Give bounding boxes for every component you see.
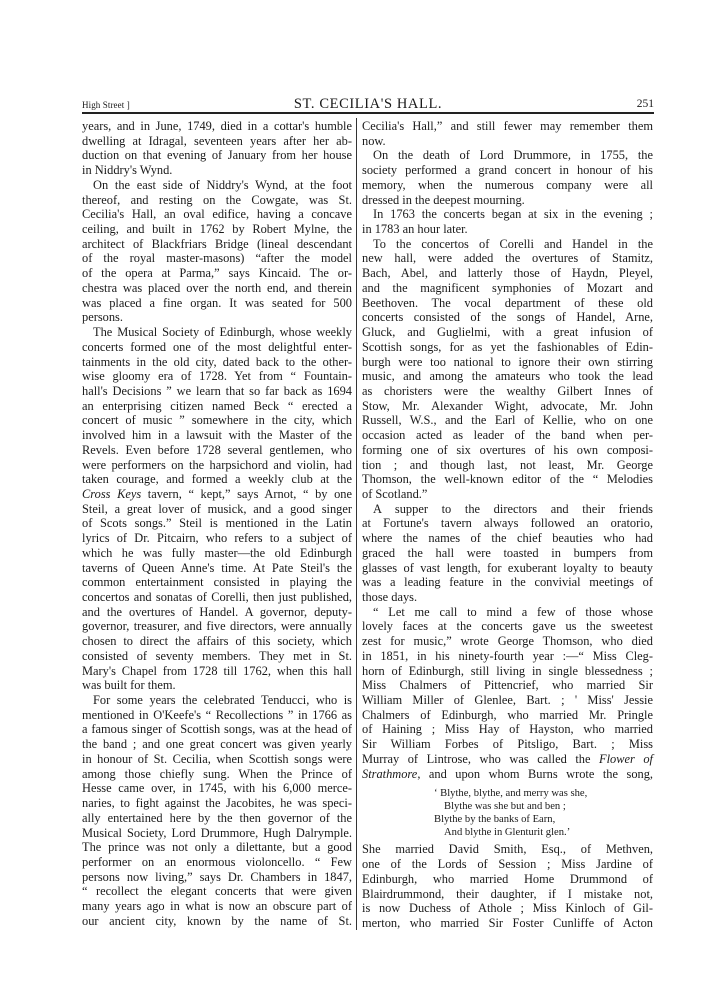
- text-line: persons now living,” says Dr. Chambers i…: [82, 870, 352, 885]
- text-line: a famous singer of Scottish songs, was a…: [82, 722, 352, 737]
- text-line: music, and among the amateurs who took t…: [362, 369, 653, 384]
- text-line: at Fortune's tavern always followed an o…: [362, 516, 653, 531]
- text-line: society performed a grand concert in hon…: [362, 163, 653, 178]
- text-line: duction on that evening of January from …: [82, 148, 352, 163]
- text-line: tion ; and though last, not least, Mr. G…: [362, 458, 653, 473]
- left-column: years, and in June, 1749, died in a cott…: [82, 119, 352, 929]
- text-line: Stow, Mr. Alexander Wight, advocate, Mr.…: [362, 399, 653, 414]
- text-line: concert of music ” somewhere in the city…: [82, 413, 352, 428]
- text-line: Edinburgh, who married Home Drummond of: [362, 872, 653, 887]
- text-line: performer on an enormous violoncello. “ …: [82, 855, 352, 870]
- text-line: of Haining ; Miss Hay of Hayston, who ma…: [362, 722, 653, 737]
- verse-line: Blythe by the banks of Earn,: [362, 813, 653, 826]
- text-line: was placed a fine organ. It was seated f…: [82, 296, 352, 311]
- text-line: thereof, and resting on the Cowgate, was…: [82, 193, 352, 208]
- text-line: Musical Society, Lord Drummore, Hugh Dal…: [82, 826, 352, 841]
- right-column-text: Cecilia's Hall,” and still fewer may rem…: [362, 119, 653, 781]
- text-line: chosen to direct the affairs of this soc…: [82, 634, 352, 649]
- text-line: consisted of seventy members. They met i…: [82, 649, 352, 664]
- text-line: architect of Blackfriars Bridge (lineal …: [82, 237, 352, 252]
- text-line: Cecilia's Hall, an oval edifice, having …: [82, 207, 352, 222]
- text-line: The Musical Society of Edinburgh, whose …: [82, 325, 352, 340]
- text-line: William Miller of Glenlee, Bart. ; ' Mis…: [362, 693, 653, 708]
- text-line: Strathmore, and upon whom Burns wrote th…: [362, 767, 653, 782]
- text-line: tainments in the old city, dated back to…: [82, 355, 352, 370]
- text-line: Bach, Abel, and latterly those of Haydn,…: [362, 266, 653, 281]
- text-line: horn of Edinburgh, still living in singl…: [362, 664, 653, 679]
- text-line: Cecilia's Hall,” and still fewer may rem…: [362, 119, 653, 134]
- text-line: Gluck, and Guglielmi, with a great infus…: [362, 325, 653, 340]
- text-line: For some years the celebrated Tenducci, …: [82, 693, 352, 708]
- text-line: “ Let me call to mind a few of those who…: [362, 605, 653, 620]
- text-line: among those chiefly sung. When the Princ…: [82, 767, 352, 782]
- text-line: To the concertos of Corelli and Handel i…: [362, 237, 653, 252]
- text-line: taken courage, and formed a weekly club …: [82, 472, 352, 487]
- text-line: Russell, W.S., and the Earl of Kellie, w…: [362, 413, 653, 428]
- text-line: She married David Smith, Esq., of Methve…: [362, 842, 653, 857]
- text-line: Miss Chalmers of Pittencrief, who marrie…: [362, 678, 653, 693]
- text-line: many years ago in what is now an obscure…: [82, 899, 352, 914]
- running-header: High Street ] ST. CECILIA'S HALL. 251: [82, 96, 654, 112]
- text-line: those days.: [362, 590, 653, 605]
- right-column-text-continued: She married David Smith, Esq., of Methve…: [362, 842, 653, 930]
- verse-line: And blythe in Glenturit glen.’: [362, 826, 653, 839]
- text-line: of Scotland.”: [362, 487, 653, 502]
- text-line: Revels. Even before 1728 several gentlem…: [82, 443, 352, 458]
- text-line: now.: [362, 134, 653, 149]
- text-line: Scottish songs, for as yet the fashionab…: [362, 340, 653, 355]
- text-line: in 1851, in his ninety-fourth year :—“ M…: [362, 649, 653, 664]
- text-line: Sir William Forbes of Pitsligo, Bart. ; …: [362, 737, 653, 752]
- verse-quotation: ‘ Blythe, blythe, and merry was she,Blyt…: [362, 787, 653, 839]
- text-line: wise gloomy era of 1728. Yet from “ Foun…: [82, 369, 352, 384]
- text-line: persons.: [82, 310, 352, 325]
- text-line: of the opera at Parma,” says Kincaid. Th…: [82, 266, 352, 281]
- text-line: in Niddry's Wynd.: [82, 163, 352, 178]
- text-line: is now Duchess of Athole ; Miss Kinloch …: [362, 901, 653, 916]
- text-line: Mary's Chapel from 1728 till 1762, when …: [82, 664, 352, 679]
- text-line: in honour of St. Cecilia, when Scottish …: [82, 752, 352, 767]
- text-line: our ancient city, known by the name of S…: [82, 914, 352, 929]
- text-line: was a leading feature in the convivial m…: [362, 575, 653, 590]
- text-line: and the magnificent symphonies of Mozart…: [362, 281, 653, 296]
- text-line: naries, to fight against the Jacobites, …: [82, 796, 352, 811]
- text-line: which he was fully master—the old Edinbu…: [82, 546, 352, 561]
- text-line: In 1763 the concerts began at six in the…: [362, 207, 653, 222]
- verse-line: Blythe was she but and ben ;: [362, 800, 653, 813]
- text-line: and the overtures of Handel. A governor,…: [82, 605, 352, 620]
- text-line: Blairdrummond, their daughter, if I mist…: [362, 887, 653, 902]
- text-line: lovely faces at the concerts gave us the…: [362, 619, 653, 634]
- text-line: taverns of Queen Anne's time. At Pate St…: [82, 561, 352, 576]
- text-line: involved him in a lawsuit with the Maste…: [82, 428, 352, 443]
- text-line: Beethoven. The vocal department of these…: [362, 296, 653, 311]
- text-line: memory, when the numerous company were a…: [362, 178, 653, 193]
- text-line: forming one of six overtures of his own …: [362, 443, 653, 458]
- text-line: dressed in the deepest mourning.: [362, 193, 653, 208]
- text-line: where the names of the chief beauties wh…: [362, 531, 653, 546]
- text-line: were performers on the harpsichord and v…: [82, 458, 352, 473]
- text-line: of Scots songs.” Steil is mentioned in t…: [82, 516, 352, 531]
- text-line: was built for them.: [82, 678, 352, 693]
- header-rule: [82, 112, 654, 114]
- text-line: one of the Lords of Session ; Miss Jardi…: [362, 857, 653, 872]
- page-title: ST. CECILIA'S HALL.: [82, 96, 654, 113]
- text-line: the band ; and one great concert was giv…: [82, 737, 352, 752]
- text-line: concerts formed one of the most delightf…: [82, 340, 352, 355]
- page-number: 251: [637, 98, 654, 110]
- text-line: common entertainment consisted in playin…: [82, 575, 352, 590]
- text-line: ally entertained here by the then govern…: [82, 811, 352, 826]
- text-line: zest for music,” wrote George Thomson, w…: [362, 634, 653, 649]
- text-line: years, and in June, 1749, died in a cott…: [82, 119, 352, 134]
- text-line: in 1783 an hour later.: [362, 222, 653, 237]
- text-line: concerts consisted of the songs of Hande…: [362, 310, 653, 325]
- text-line: glasses of vast length, for exuberant lo…: [362, 561, 653, 576]
- text-line: of the royal master-masons) “after the m…: [82, 251, 352, 266]
- verse-line: ‘ Blythe, blythe, and merry was she,: [362, 787, 653, 800]
- text-line: The prince was not only a dilettante, bu…: [82, 840, 352, 855]
- text-line: chestra was placed over the north end, a…: [82, 281, 352, 296]
- text-line: “ recollect the elegant concerts that we…: [82, 884, 352, 899]
- text-line: Steil, a great lover of musick, and a go…: [82, 502, 352, 517]
- text-line: dwelling at Idragal, seventeen years aft…: [82, 134, 352, 149]
- text-line: Hesse came over, in 1745, with his 6,000…: [82, 781, 352, 796]
- text-line: lyrics of Dr. Pitcairn, who refers to a …: [82, 531, 352, 546]
- text-line: new hall, were added the overtures of St…: [362, 251, 653, 266]
- text-line: an enterprising citizen named Beck “ ere…: [82, 399, 352, 414]
- text-line: On the east side of Niddry's Wynd, at th…: [82, 178, 352, 193]
- text-line: merton, who married Sir Foster Cunliffe …: [362, 916, 653, 931]
- text-line: hall's Decisions ” we learn that so far …: [82, 384, 352, 399]
- text-line: Thomson, the well-known editor of the “ …: [362, 472, 653, 487]
- book-page: High Street ] ST. CECILIA'S HALL. 251 ye…: [0, 0, 722, 1000]
- text-line: Cross Keys tavern, “ kept,” says Arnot, …: [82, 487, 352, 502]
- text-line: graced the hall were toasted in bumpers …: [362, 546, 653, 561]
- text-line: mentioned in O'Keefe's “ Recollections ”…: [82, 708, 352, 723]
- text-line: burgh were too national to ignore their …: [362, 355, 653, 370]
- text-line: governor, treasurer, and five directors,…: [82, 619, 352, 634]
- text-line: Chalmers of Edinburgh, who married Mr. P…: [362, 708, 653, 723]
- text-line: On the death of Lord Drummore, in 1755, …: [362, 148, 653, 163]
- text-line: as choristers were the wealthy Gilbert I…: [362, 384, 653, 399]
- text-line: Murray of Lintrose, who was called the F…: [362, 752, 653, 767]
- text-line: occasion acted as leader of the band whe…: [362, 428, 653, 443]
- text-line: ceiling, and built in 1762 by Robert Myl…: [82, 222, 352, 237]
- text-line: concertos and sonatas of Corelli, then j…: [82, 590, 352, 605]
- text-line: A supper to the directors and their frie…: [362, 502, 653, 517]
- column-divider: [356, 118, 357, 930]
- right-column: Cecilia's Hall,” and still fewer may rem…: [362, 119, 653, 931]
